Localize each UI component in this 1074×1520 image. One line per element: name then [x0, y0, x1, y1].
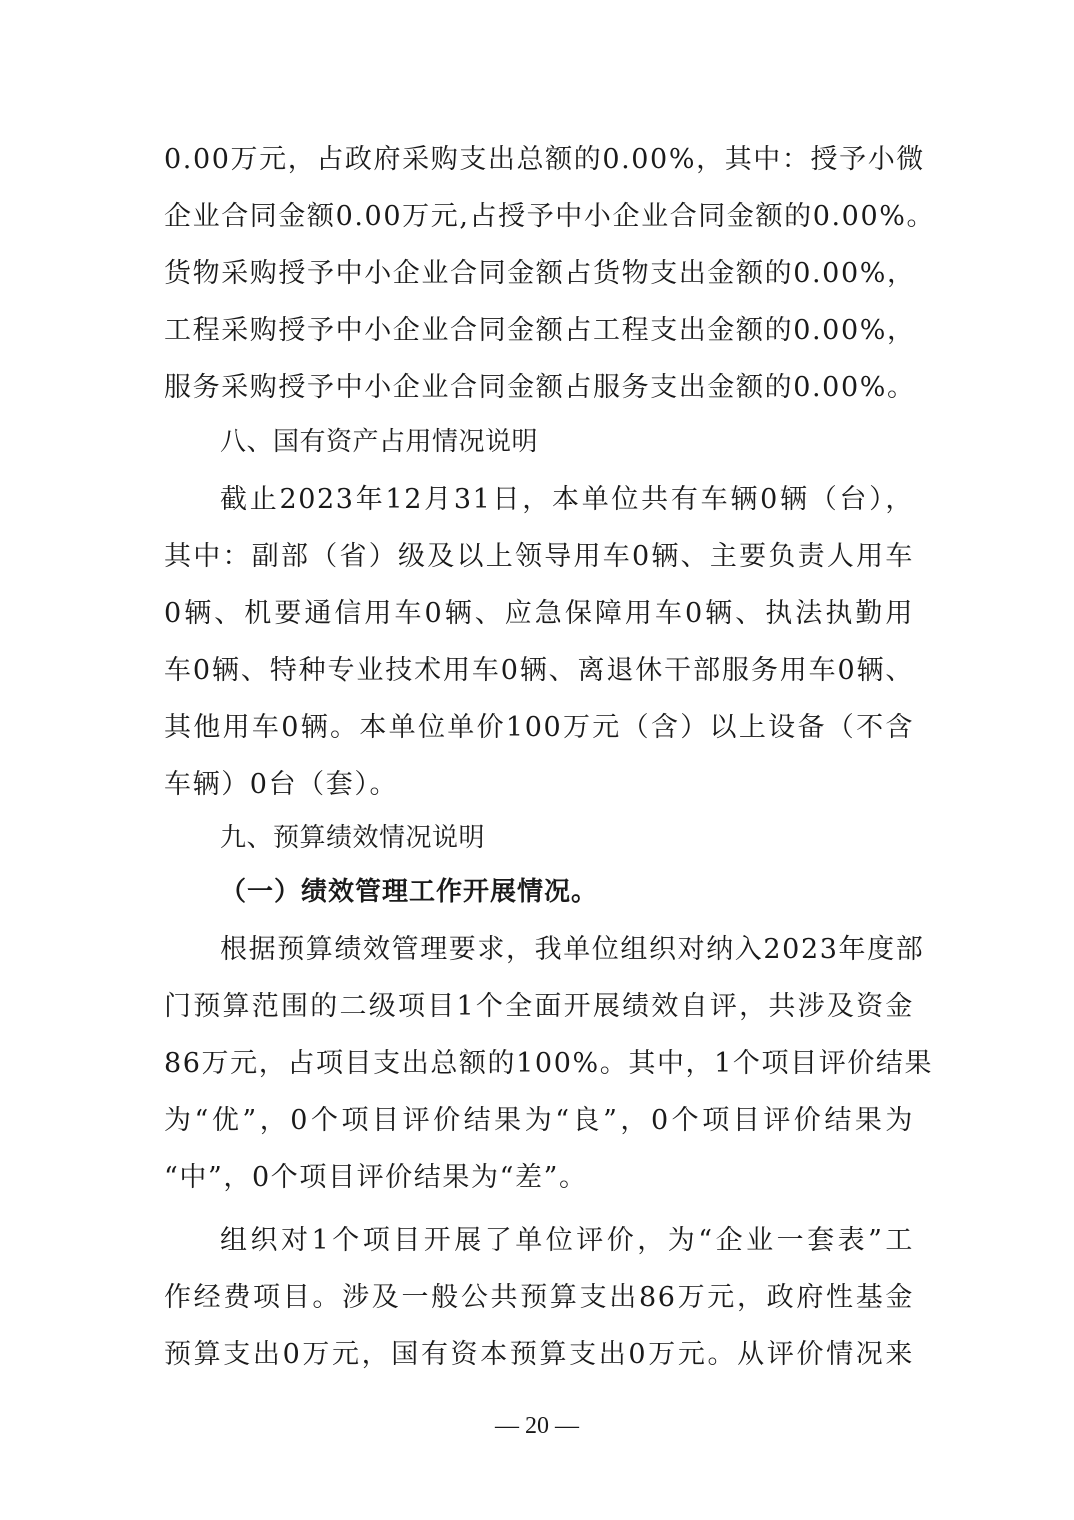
text-line: 预算支出0万元，国有资本预算支出0万元。从评价情况来 — [164, 1335, 914, 1375]
text-line: 企业合同金额0.00万元,占授予中小企业合同金额的0.00%。 — [164, 197, 914, 237]
text-line: “中”，0个项目评价结果为“差”。 — [164, 1158, 914, 1198]
text-line: 0.00万元，占政府采购支出总额的0.00%，其中：授予小微 — [164, 140, 914, 180]
text-line: 门预算范围的二级项目1个全面开展绩效自评，共涉及资金 — [164, 987, 914, 1027]
text-line: 86万元，占项目支出总额的100%。其中，1个项目评价结果 — [164, 1044, 914, 1084]
subsection-heading-performance-management: （一）绩效管理工作开展情况。 — [220, 872, 914, 912]
document-page: 0.00万元，占政府采购支出总额的0.00%，其中：授予小微 企业合同金额0.0… — [0, 0, 1074, 1520]
text-line: 其中：副部（省）级及以上领导用车0辆、主要负责人用车 — [164, 537, 914, 577]
text-line: 0辆、机要通信用车0辆、应急保障用车0辆、执法执勤用 — [164, 594, 914, 634]
page-number: — 20 — — [0, 1408, 1074, 1444]
text-line: 作经费项目。涉及一般公共预算支出86万元，政府性基金 — [164, 1278, 914, 1318]
section-heading-budget-performance: 九、预算绩效情况说明 — [220, 818, 914, 858]
text-line: 根据预算绩效管理要求，我单位组织对纳入2023年度部 — [220, 930, 914, 970]
section-heading-state-assets: 八、国有资产占用情况说明 — [220, 422, 914, 462]
text-line: 服务采购授予中小企业合同金额占服务支出金额的0.00%。 — [164, 368, 914, 408]
text-line: 车0辆、特种专业技术用车0辆、离退休干部服务用车0辆、 — [164, 651, 914, 691]
text-line: 货物采购授予中小企业合同金额占货物支出金额的0.00%， — [164, 254, 914, 294]
text-line: 组织对1个项目开展了单位评价，为“企业一套表”工 — [220, 1221, 914, 1261]
text-line: 其他用车0辆。本单位单价100万元（含）以上设备（不含 — [164, 708, 914, 748]
text-line: 为“优”，0个项目评价结果为“良”，0个项目评价结果为 — [164, 1101, 914, 1141]
text-line: 工程采购授予中小企业合同金额占工程支出金额的0.00%， — [164, 311, 914, 351]
text-line: 车辆）0台（套）。 — [164, 765, 914, 805]
text-line: 截止2023年12月31日，本单位共有车辆0辆（台）， — [220, 480, 914, 520]
